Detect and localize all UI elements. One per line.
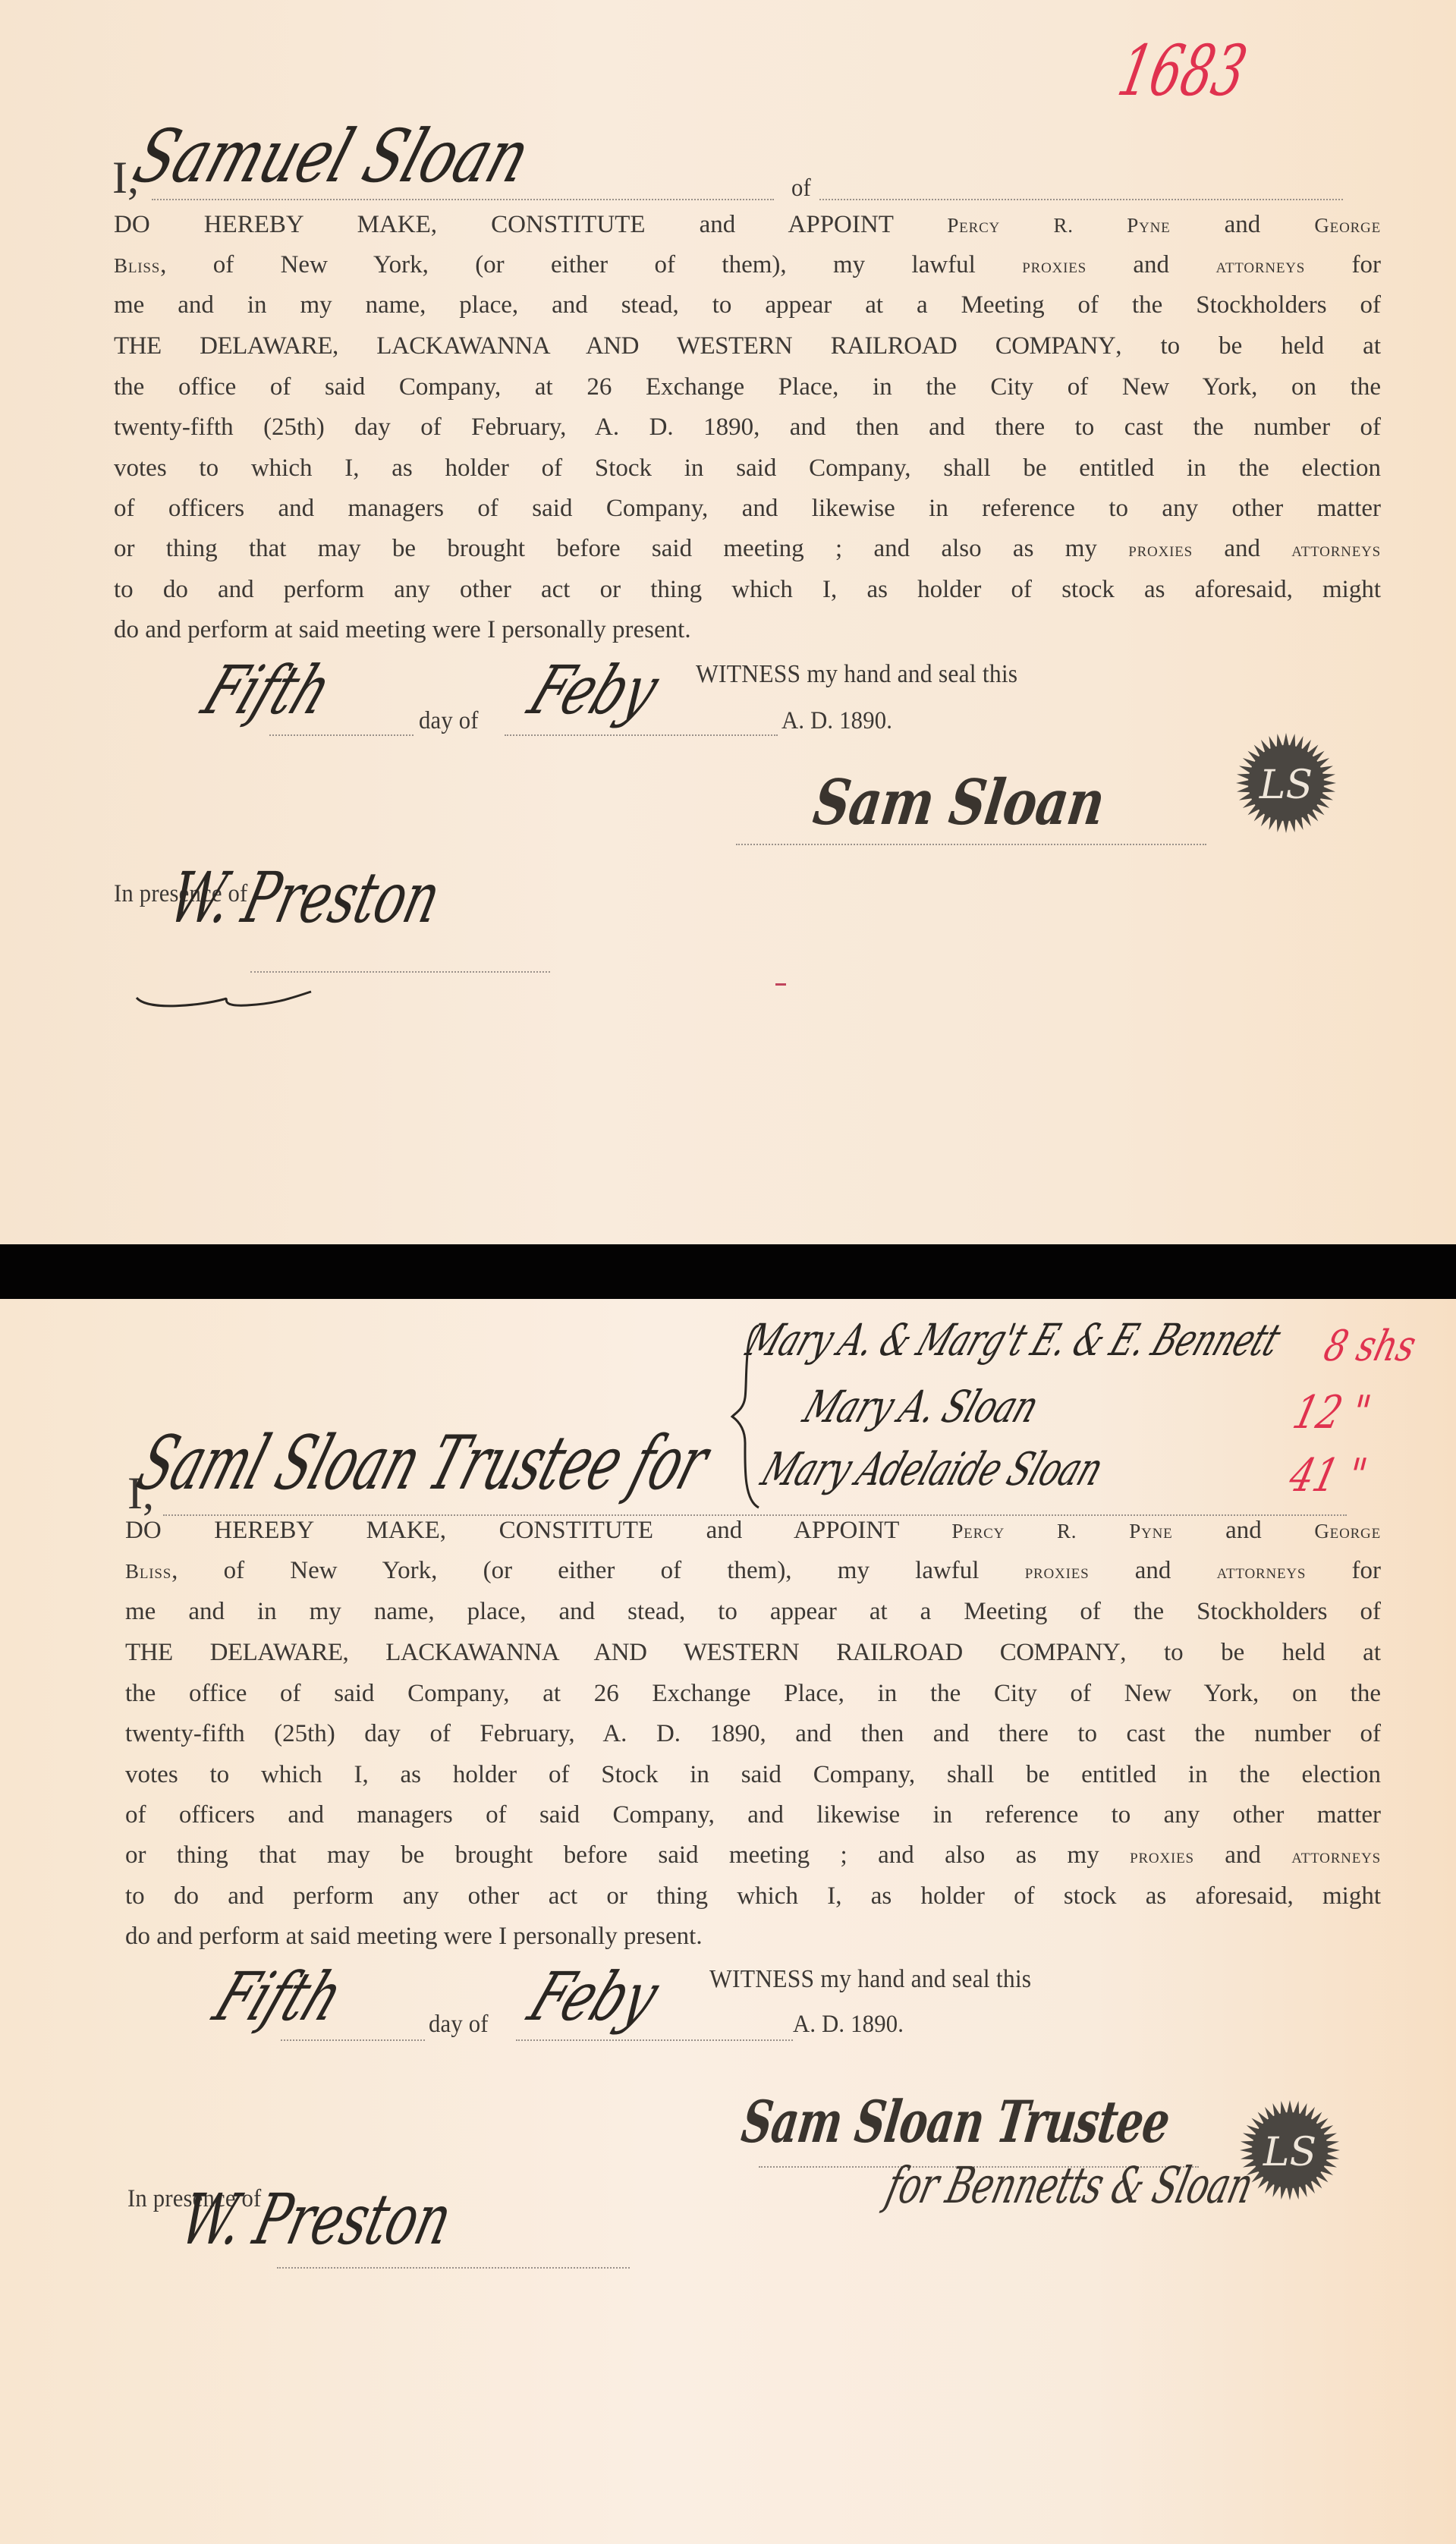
day-handwritten: Fifth [203,1958,354,2036]
text-segment: and [1086,251,1215,278]
beneficiary-1-shares: 8 shs [1319,1322,1421,1371]
company-name: THE DELAWARE, LACKAWANNA AND WESTERN RAI… [125,1639,1120,1666]
beneficiary-3-shares: 41 " [1285,1449,1373,1502]
signature-dotted-line [736,844,1206,845]
beneficiary-3-name: Mary Adelaide Sloan [755,1443,1110,1496]
witness-signature: W. Preston [173,2179,459,2260]
year-text: A. D. 1890. [793,2011,904,2039]
proxy-form-2: Mary A. & Marg't E. & E. Bennett 8 shs M… [0,1299,1456,2544]
beneficiary-1-name: Mary A. & Marg't E. & E. Bennett [740,1314,1287,1366]
of-dotted-line [819,199,1343,200]
page-separator [0,1244,1456,1299]
day-of-label: day of [419,707,479,735]
text-segment: attorneys [1215,254,1305,277]
text-segment: DO HEREBY MAKE, CONSTITUTE and APPOINT [114,211,947,238]
text-segment: for [1306,1557,1381,1584]
signature-note: for Bennetts & Sloan [881,2156,1259,2215]
body-line: do and perform at said meeting were I pe… [114,615,948,645]
witness-dotted-line [277,2267,630,2269]
body-line: votes to which I, as holder of Stock in … [114,453,1381,483]
grantor-name: Saml Sloan Trustee for [127,1420,719,1507]
month-handwritten: Feby [518,1958,669,2036]
proxy-name: Percy R. Pyne [951,1520,1172,1542]
month-dotted-line [516,2039,793,2041]
company-name: THE DELAWARE, LACKAWANNA AND WESTERN RAI… [114,332,1115,360]
text-segment: and [1089,1557,1216,1584]
text-segment: or thing that may be brought before said… [125,1841,1130,1869]
body-line: DO HEREBY MAKE, CONSTITUTE and APPOINT P… [114,209,1381,240]
body-line: do and perform at said meeting were I pe… [125,1921,960,1951]
body-line: or thing that may be brought before said… [125,1840,1381,1870]
witness-clause: WITNESS my hand and seal this [709,1965,1031,1994]
beneficiary-2-shares: 12 " [1288,1386,1376,1439]
body-line: DO HEREBY MAKE, CONSTITUTE and APPOINT P… [125,1515,1381,1546]
body-line: of officers and managers of said Company… [125,1800,1381,1830]
proxy-name: Percy R. Pyne [947,214,1170,237]
text-segment: , to be held at [1120,1639,1381,1666]
body-line: to do and perform any other act or thing… [125,1881,1381,1911]
text-segment: and [1173,1517,1315,1544]
body-line: to do and perform any other act or thing… [114,574,1381,605]
beneficiary-2-name: Mary A. Sloan [797,1381,1046,1432]
day-of-label: day of [429,2011,489,2039]
body-line: Bliss, of New York, (or either of them),… [114,250,1381,280]
grantor-signature: Sam Sloan Trustee [737,2088,1173,2156]
text-segment: proxies [1025,1560,1090,1583]
text-segment: attorneys [1217,1560,1307,1583]
text-segment: for [1305,251,1381,278]
seal-monogram: LS [1259,763,1313,808]
body-line: THE DELAWARE, LACKAWANNA AND WESTERN RAI… [114,331,1381,361]
text-segment: , to be held at [1115,332,1381,360]
text-segment: , of New York, (or either of them), my l… [160,251,1022,278]
text-segment: proxies [1130,1844,1194,1867]
body-line: THE DELAWARE, LACKAWANNA AND WESTERN RAI… [125,1637,1381,1668]
proxy-name: Bliss [114,254,160,277]
text-segment: attorneys [1291,538,1381,561]
seal-icon: LS [1233,730,1339,836]
body-line: me and in my name, place, and stead, to … [125,1596,1381,1627]
body-line: of officers and managers of said Company… [114,493,1381,524]
body-line: Bliss, of New York, (or either of them),… [125,1555,1381,1586]
text-segment: attorneys [1291,1844,1381,1867]
of-label: of [791,175,811,203]
body-line: the office of said Company, at 26 Exchan… [125,1678,1381,1709]
body-line: the office of said Company, at 26 Exchan… [114,372,1381,402]
flourish-icon [133,983,315,1013]
seal-icon: LS [1237,2097,1343,2203]
month-handwritten: Feby [518,651,669,729]
text-segment: and [1171,211,1315,238]
month-dotted-line [505,734,778,736]
day-dotted-line [269,734,414,736]
proxy-form-1: 1683 I, Samuel Sloan of DO HEREBY MAKE, … [0,0,1456,1244]
grantor-signature: Sam Sloan [810,766,1109,839]
reference-number: 1683 [1112,30,1253,112]
text-segment: and [1194,1841,1291,1869]
proxy-name: George [1314,214,1381,237]
grantor-name: Samuel Sloan [124,114,539,199]
day-dotted-line [281,2039,425,2041]
witness-signature: W. Preston [162,857,448,939]
text-segment: , of New York, (or either of them), my l… [171,1557,1025,1584]
seal-monogram: LS [1263,2130,1316,2175]
text-segment: or thing that may be brought before said… [114,535,1128,562]
witness-dotted-line [250,971,550,973]
body-line: votes to which I, as holder of Stock in … [125,1759,1381,1790]
proxy-name: George [1314,1520,1381,1542]
red-mark [775,983,786,986]
body-line: twenty-fifth (25th) day of February, A. … [114,412,1381,442]
year-text: A. D. 1890. [781,707,892,735]
day-handwritten: Fifth [192,651,342,729]
proxy-name: Bliss [125,1560,171,1583]
body-line: twenty-fifth (25th) day of February, A. … [125,1719,1381,1749]
body-line: me and in my name, place, and stead, to … [114,290,1381,320]
text-segment: and [1193,535,1291,562]
body-line: or thing that may be brought before said… [114,533,1381,564]
text-segment: proxies [1022,254,1086,277]
name-dotted-line [152,199,774,200]
text-segment: DO HEREBY MAKE, CONSTITUTE and APPOINT [125,1517,951,1544]
text-segment: proxies [1128,538,1193,561]
witness-clause: WITNESS my hand and seal this [696,660,1017,689]
